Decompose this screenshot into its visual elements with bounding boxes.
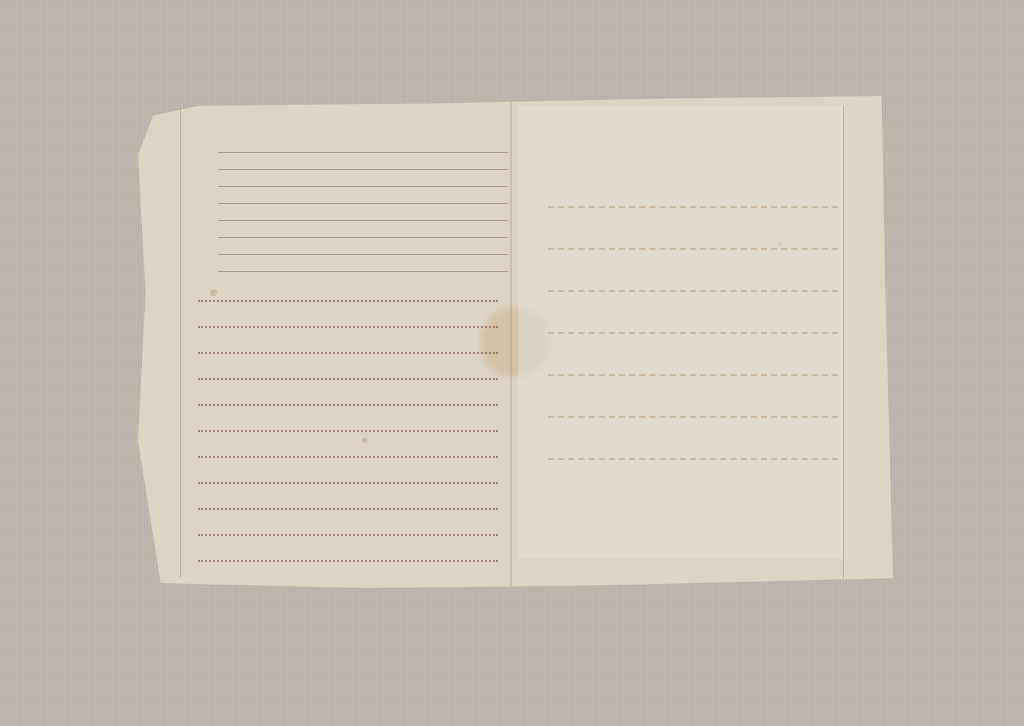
script-line bbox=[218, 153, 508, 170]
center-fold bbox=[510, 96, 512, 588]
script-line bbox=[218, 136, 508, 153]
handwritten-block bbox=[218, 136, 508, 272]
script-line bbox=[218, 187, 508, 204]
script-line bbox=[218, 221, 508, 238]
manuscript-leaf bbox=[138, 96, 893, 588]
faint-bleedthrough-text bbox=[198, 276, 498, 572]
embossed-letters bbox=[548, 166, 838, 482]
margin-rule-left bbox=[180, 106, 181, 578]
script-line bbox=[218, 255, 508, 272]
margin-rule-right bbox=[843, 106, 844, 578]
script-line bbox=[218, 204, 508, 221]
script-line bbox=[218, 238, 508, 255]
script-line bbox=[218, 170, 508, 187]
